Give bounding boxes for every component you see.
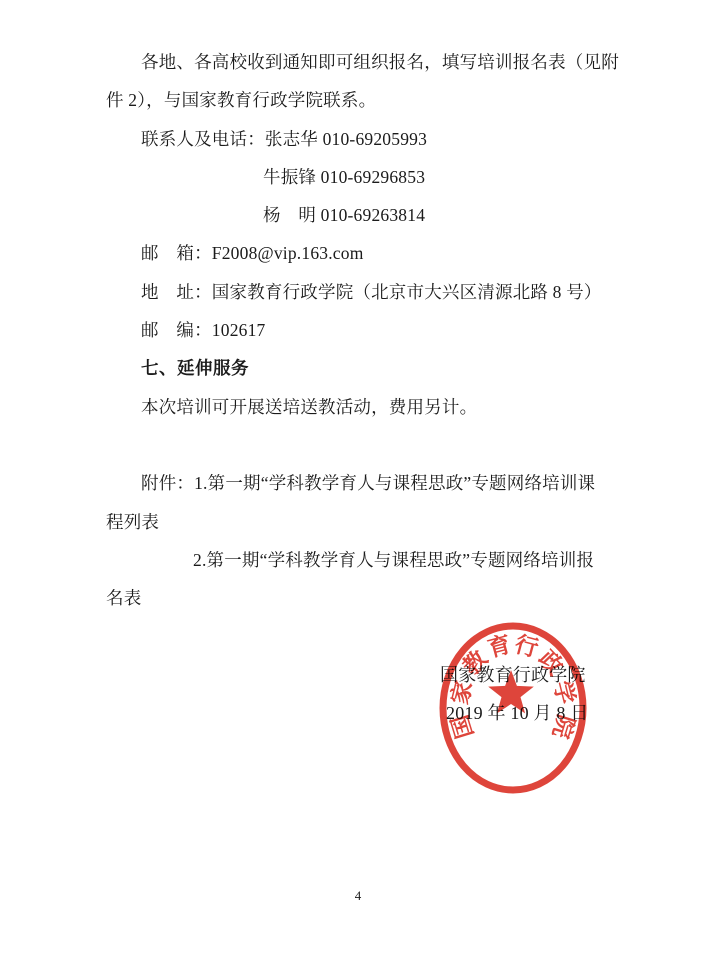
postcode-line: 邮 编：102617	[106, 311, 618, 349]
document-page: 各地、各高校收到通知即可组织报名，填写培训报名表（见附 件 2），与国家教育行政…	[0, 0, 716, 966]
attachments-line-3: 2.第一期“学科教学育人与课程思政”专题网络培训报	[106, 541, 618, 579]
notice-line-1: 各地、各高校收到通知即可组织报名，填写培训报名表（见附	[106, 43, 618, 81]
signature-date: 2019 年 10 月 8 日	[106, 694, 618, 732]
attachments-line-4: 名表	[106, 579, 618, 617]
blank-line-2	[106, 617, 618, 655]
email-line: 邮 箱：F2008@vip.163.com	[106, 234, 618, 272]
signature-org: 国家教育行政学院	[106, 656, 618, 694]
contact-phone-line-3: 杨 明 010-69263814	[106, 196, 618, 234]
address-line: 地 址：国家教育行政学院（北京市大兴区清源北路 8 号）	[106, 273, 618, 311]
attachments-line-2: 程列表	[106, 503, 618, 541]
contact-phone-line-1: 联系人及电话：张志华 010-69205993	[106, 120, 618, 158]
section-7-body: 本次培训可开展送培送教活动，费用另计。	[106, 388, 618, 426]
section-7-heading: 七、延伸服务	[106, 349, 618, 387]
blank-line-1	[106, 426, 618, 464]
contact-phone-line-2: 牛振锋 010-69296853	[106, 158, 618, 196]
page-number: 4	[0, 888, 716, 904]
attachments-line-1: 附件：1.第一期“学科教学育人与课程思政”专题网络培训课	[106, 464, 618, 502]
document-body: 各地、各高校收到通知即可组织报名，填写培训报名表（见附 件 2），与国家教育行政…	[106, 43, 618, 732]
notice-line-2: 件 2），与国家教育行政学院联系。	[106, 81, 618, 119]
